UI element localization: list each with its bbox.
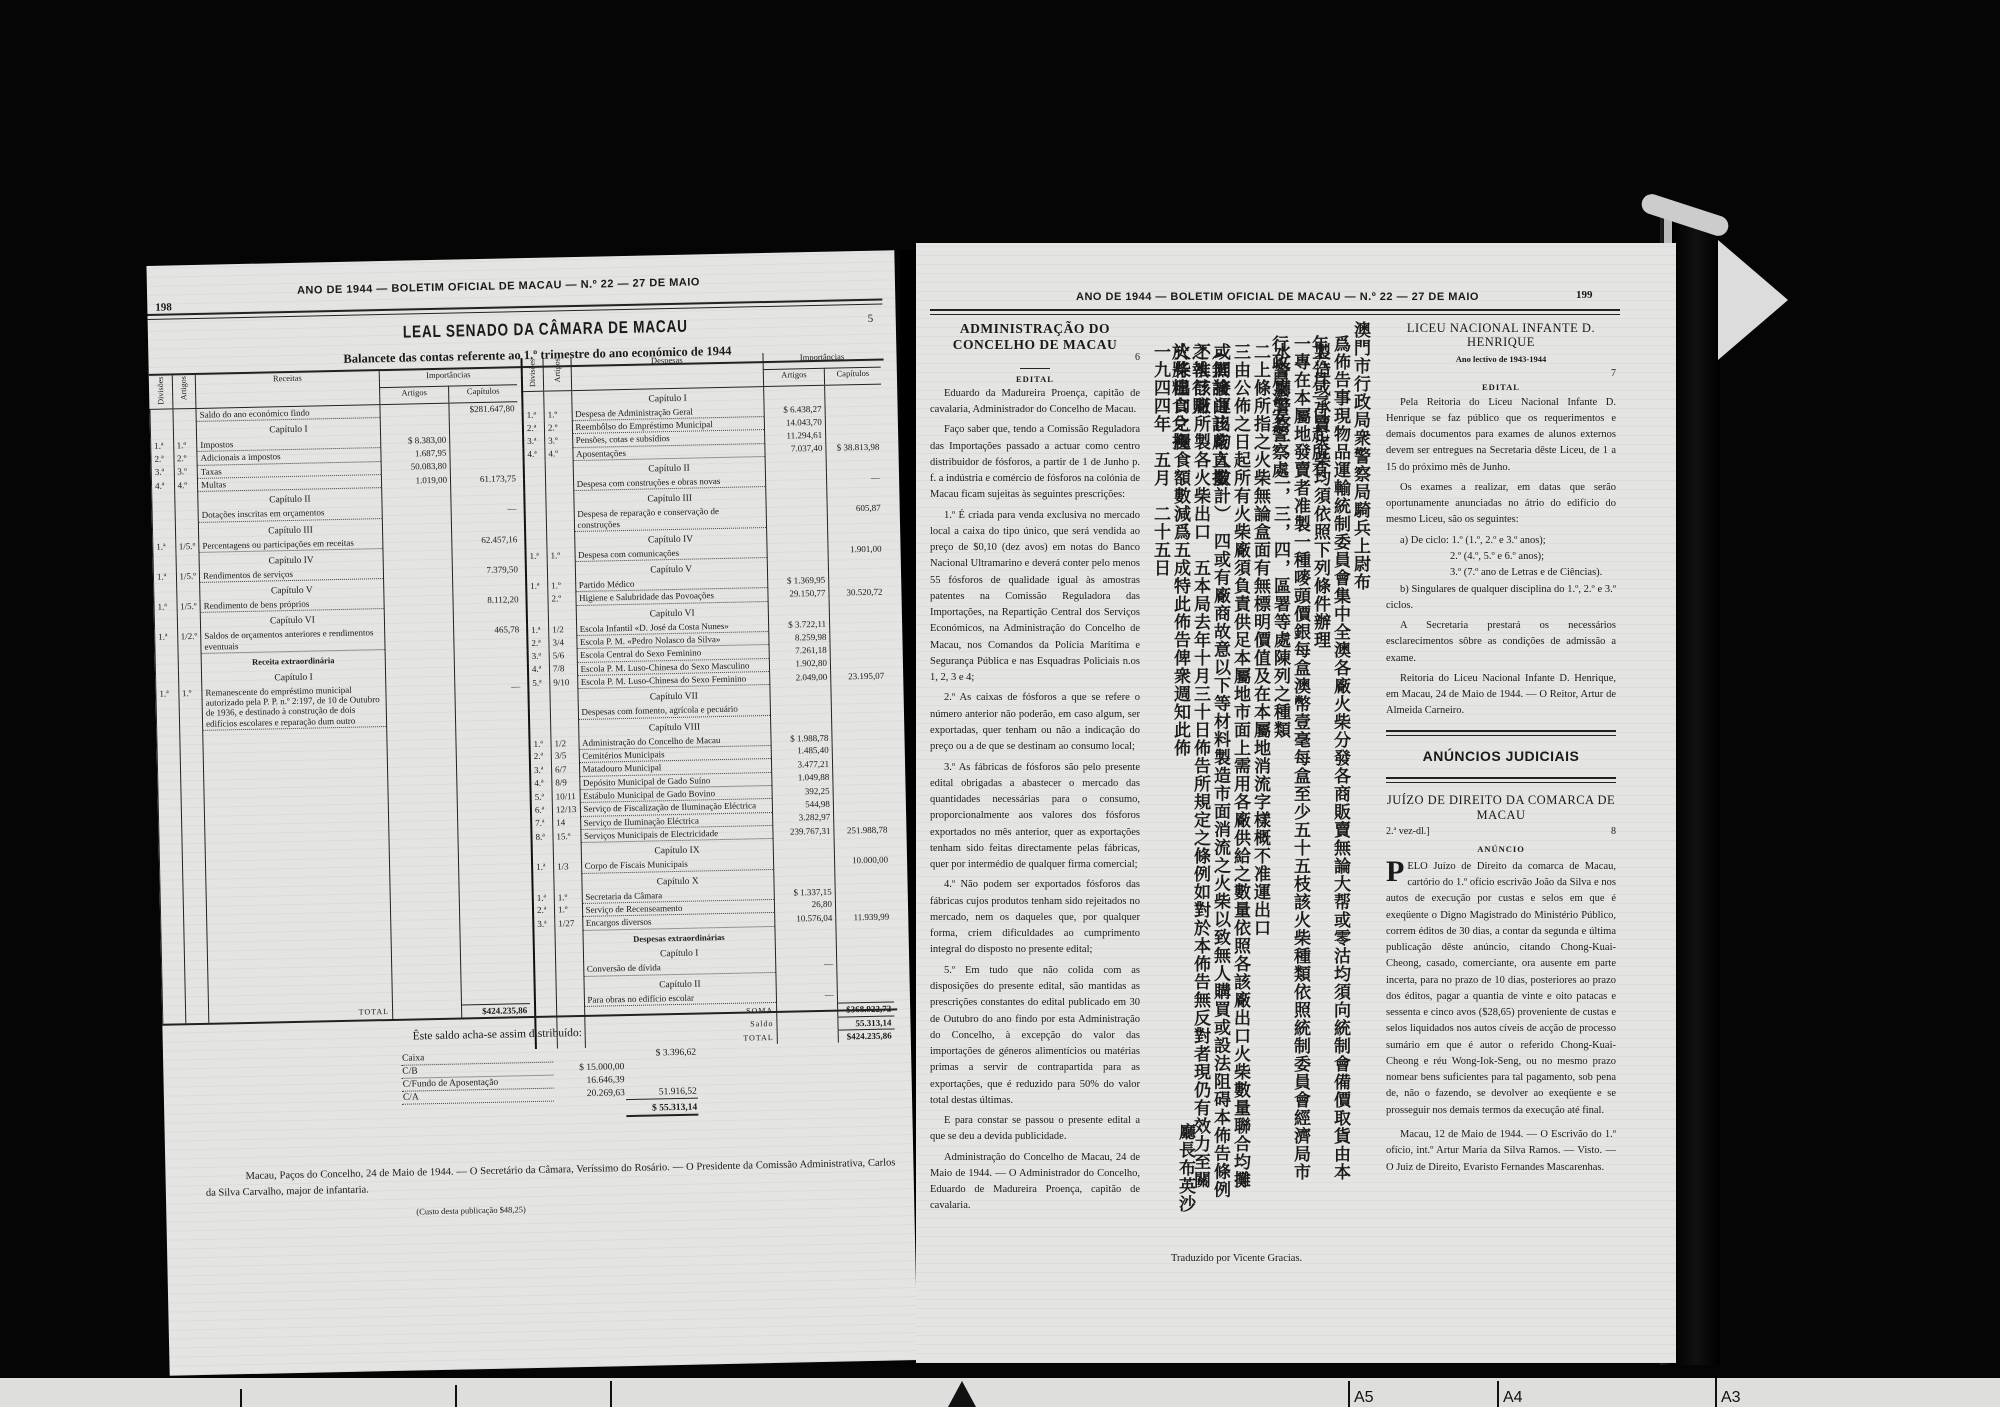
film-strip: A5 A4 A3 [0, 1378, 2000, 1407]
cell-div: 4.ª [530, 777, 552, 791]
cell-div: 4.ª [528, 663, 550, 677]
cell-artigos [767, 544, 828, 558]
paragraph: Eduardo da Madureira Proença, capitão de… [930, 386, 1140, 419]
chinese-signature: 廳長布英沙 [1174, 1123, 1196, 1213]
cell-div [526, 593, 548, 607]
paragraph: 1.º É criada para venda exclusiva no mer… [930, 508, 1140, 687]
cell-capitulos: 605,87 [827, 502, 884, 526]
receitas-body: Saldo do ano económico findo$281.647,80C… [150, 401, 530, 1024]
left-page: 198 ANO DE 1944 — BOLETIM OFICIAL DE MAC… [146, 250, 917, 1375]
cell-div [528, 690, 550, 708]
col-imp-capitulos: Capítulos [449, 385, 518, 403]
chinese-column: 火柴出口之糧食額數減爲五成特此佈告俾衆週知此佈 [1169, 343, 1191, 1203]
cell-artigos [765, 473, 826, 487]
total-label: TOTAL [585, 1032, 778, 1049]
cell-artigos [770, 701, 831, 715]
chinese-column: 製造或承賣火柴均須依照下列條件辦理 [1309, 343, 1331, 1203]
cell-capitulos [831, 682, 888, 701]
anuncio-signature: Macau, 12 de Maio de 1944. — O Escrivão … [1386, 1127, 1616, 1176]
cell-artigos [771, 714, 832, 733]
cell-div: 3.ª [151, 466, 174, 480]
cell-capitulos: — [826, 472, 883, 486]
section-rule-thin [1386, 735, 1616, 736]
cell-artigos [776, 971, 837, 990]
cell-art [178, 653, 202, 670]
cell-art [556, 976, 584, 994]
cell-capitulos [449, 415, 518, 434]
cell-art: 4.º [545, 447, 573, 461]
cell-div: 5.ª [528, 676, 550, 690]
anuncio-body: ELO Juízo de Direito da comarca de Macau… [1386, 861, 1616, 1116]
liceu-list-a: a) De ciclo: 1.º (1.º, 2.º e 3.º anos);2… [1386, 533, 1616, 582]
cell-artigos [767, 526, 828, 545]
cell-div: 2.ª [530, 750, 552, 764]
cell-div [527, 606, 549, 624]
cell-art: 15.º [553, 830, 581, 844]
cell-div [155, 670, 178, 687]
frame-tick [1715, 1378, 1717, 1407]
cell-art: 1/27 [555, 917, 583, 931]
cell-artigos: — [776, 958, 837, 972]
paragraph: 2.º As caixas de fósforos a que se refer… [930, 690, 1140, 755]
cell-artigos [766, 486, 827, 505]
cell-capitulos [834, 810, 891, 825]
list-item: 3.º (7.º ano de Letras e de Ciências). [1400, 565, 1616, 581]
cell-art [185, 1010, 209, 1023]
cell-div [525, 509, 547, 533]
col-imp-artigos: Artigos [380, 386, 449, 404]
cell-artigos: — [776, 988, 837, 1002]
cell-art: 1.º [554, 891, 582, 904]
cell-div: 3.ª [530, 763, 552, 777]
publication-cost: (Custo desta publicação $48,25) [416, 1203, 526, 1218]
cell-capitulos [825, 414, 882, 429]
cell-artigos [764, 385, 825, 404]
col-artigos: Artigos [543, 357, 571, 391]
cell-div [152, 510, 175, 523]
cell-capitulos [829, 616, 886, 630]
receitas-table: Divisões Artigos Receitas Importâncias A… [149, 368, 530, 1024]
cell-artigos: 544,98 [772, 798, 833, 813]
cell-div [529, 707, 551, 720]
cell-capitulos [835, 867, 892, 886]
cell-art [553, 843, 581, 861]
cell-artigos: 3.477,21 [771, 758, 832, 773]
cell-artigos: 1.902,80 [769, 657, 830, 672]
liceu-number: 7 [1386, 366, 1616, 382]
cell-artigos [384, 577, 453, 596]
cell-art: 1/5.º [176, 570, 200, 583]
cell-capitulos [830, 629, 887, 644]
liceu-edital-label: EDITAL [1386, 381, 1616, 394]
cell-div [150, 409, 173, 423]
header-rule [147, 299, 882, 316]
cell-artigos: 10.576,04 [775, 911, 836, 926]
paragraph: Pela Reitoria do Liceu Nacional Infante … [1386, 395, 1616, 476]
cell-div: 3.ª [523, 435, 545, 449]
anuncio-number: 8 [1611, 824, 1616, 840]
cell-artigos: $ 1.369,95 [768, 574, 829, 588]
cell-div [524, 479, 546, 492]
cell-artigos: 26,80 [774, 898, 835, 913]
cell-art: 1.º [548, 579, 576, 592]
table-row: 1.ª1.ºRemanescente do empréstimo municip… [156, 680, 524, 732]
cell-div: 1.ª [529, 737, 551, 750]
cell-art [555, 930, 583, 947]
cell-art: 1.º [544, 408, 572, 421]
margin-number: 5 [868, 313, 874, 325]
cell-artigos: 1.049,88 [772, 771, 833, 786]
cell-capitulos [451, 515, 520, 534]
cell-div [163, 1011, 186, 1024]
cell-art [556, 994, 584, 1007]
cell-artigos [385, 625, 454, 650]
cell-div [532, 843, 554, 861]
frame-tick [1348, 1381, 1350, 1407]
cell-artigos: 3.282,97 [773, 811, 834, 826]
cell-art: 1.º [178, 687, 202, 731]
cell-capitulos [828, 525, 885, 544]
cell-capitulos [832, 743, 889, 758]
cell-capitulos: $ 38.813,98 [826, 441, 883, 456]
filler-row [157, 724, 530, 1011]
cell-capitulos [836, 940, 893, 958]
paragraph: 4.º Não podem ser exportados fósforos da… [930, 877, 1140, 958]
header-rule [930, 309, 1620, 311]
cell-artigos: 239.767,31 [773, 824, 834, 839]
cell-art [178, 670, 202, 687]
liceu-subtitle: Ano lectivo de 1943-1944 [1386, 353, 1616, 366]
cell-capitulos [831, 700, 888, 714]
cell-art: 3/5 [551, 749, 579, 763]
cell-capitulos [835, 884, 892, 898]
cell-art [550, 706, 578, 719]
cell-div: 4.ª [523, 448, 545, 462]
cell-art: 1/2 [551, 737, 579, 750]
cell-div [522, 391, 544, 409]
cell-art: 10/11 [552, 790, 580, 804]
cell-div: 1.ª [526, 580, 548, 593]
cell-artigos [380, 416, 449, 435]
cell-art [177, 613, 201, 631]
cell-div [152, 492, 175, 510]
right-page: ANO DE 1944 — BOLETIM OFICIAL DE MACAU —… [916, 243, 1676, 1363]
cell-art: 1.º [547, 549, 575, 562]
cell-capitulos [451, 485, 520, 504]
cell-artigos [774, 868, 835, 887]
cell-div: 1.ª [532, 861, 554, 874]
cell-artigos [777, 1017, 838, 1032]
cell-capitulos [454, 663, 523, 681]
col-despesas: Despesas [570, 353, 763, 390]
cell-art [547, 531, 575, 549]
cell-div: 1.ª [155, 631, 178, 655]
translator-credit: Traduzido por Vicente Gracias. [1171, 1251, 1302, 1267]
cell-div: 8.ª [531, 830, 553, 844]
cell-div [152, 523, 175, 541]
cell-capitulos [837, 970, 894, 989]
cell-artigos: 29.150,77 [768, 587, 829, 602]
chinese-column: 一九四四年 五月 二十五日 [1149, 343, 1171, 1203]
cell-capitulos: 1.901,00 [828, 542, 885, 556]
cell-art [555, 946, 583, 963]
cell-capitulos: 10.000,00 [834, 854, 891, 868]
cell-artigos [385, 664, 454, 682]
total-value: $424.235,86 [838, 1029, 895, 1043]
section-rule [1386, 730, 1616, 732]
cell-art: 1/2.º [177, 630, 201, 654]
despesas-body: Capítulo I1.ª1.ºDespesa de Administração… [522, 384, 895, 1050]
edital-number: 6 [930, 350, 1140, 366]
cell-div [532, 874, 554, 892]
paragraph: 5.º Em tudo que não colida com as dispos… [930, 963, 1140, 1109]
cell-artigos: 7.037,40 [765, 442, 826, 457]
paragraph: Os exames a realizar, em datas que serão… [1386, 480, 1616, 529]
frame-tick [1497, 1381, 1499, 1407]
cell-art [546, 478, 574, 491]
cell-capitulos [834, 836, 891, 855]
cell-div: 2.ª [151, 452, 174, 466]
header-rule-thin [930, 314, 1620, 315]
liceu-list-b: b) Singulares de qualquer disciplina do … [1386, 582, 1616, 615]
cell-capitulos [829, 599, 886, 618]
chinese-column: 水警廳警察一，二，三，四，區署等處陳列之種類 [1269, 343, 1291, 1203]
cell-artigos [767, 556, 828, 575]
line-item-label: Remanescente do empréstimo municipal aut… [202, 683, 387, 731]
cell-art [544, 390, 572, 408]
col-imp-capitulos: Capítulos [824, 367, 881, 385]
cell-capitulos [833, 770, 890, 785]
cell-div: 3.ª [533, 917, 555, 931]
cell-art [554, 873, 582, 891]
frame-tick [240, 1389, 242, 1407]
cell-art [550, 689, 578, 707]
divider [1020, 368, 1050, 369]
center-marker-icon [948, 1381, 976, 1407]
cell-art [545, 461, 573, 479]
cell-artigos: $ 1.988,78 [771, 731, 832, 745]
cell-art [548, 605, 576, 623]
distribution-table: Caixa$ 3.396,62C/B$ 15.000,00C/Fundo de … [401, 1047, 698, 1122]
cell-art: 5/6 [549, 649, 577, 663]
cell-div [534, 964, 556, 977]
admin-title: ADMINISTRAÇÃO DO CONCELHO DE MACAU [930, 321, 1140, 352]
cell-capitulos [825, 401, 882, 415]
cell-art: 3.º [174, 465, 198, 479]
cell-capitulos [826, 454, 883, 473]
cell-capitulos: 251.988,78 [834, 823, 891, 838]
paragraph: Faço saber que, tendo a Comissão Regulad… [930, 422, 1140, 503]
cell-artigos [766, 503, 827, 527]
cell-art: 1/2 [549, 623, 577, 636]
anuncio-label: ANÚNCIO [1386, 843, 1616, 856]
list-item: 2.º (4.º, 5.º e 6.º anos); [1400, 549, 1616, 565]
chinese-column: 澳門市行政局衆警察局騎兵上尉布 [1349, 321, 1371, 1181]
cell-div: 1.ª [151, 439, 174, 452]
cell-artigos: 7.261,18 [769, 644, 830, 659]
filler-cell [456, 724, 530, 1005]
page-number: 198 [155, 301, 172, 313]
cell-artigos [383, 547, 452, 566]
cell-div: 4.ª [151, 479, 174, 493]
liceu-title: LICEU NACIONAL INFANTE D. HENRIQUE [1386, 321, 1616, 350]
cell-capitulos [827, 484, 884, 503]
section-rule [1386, 777, 1616, 779]
cell-art: 4.º [174, 478, 198, 492]
section-rule-thin [1386, 782, 1616, 783]
filler-cell [203, 727, 393, 1011]
paragraph: 3.º As fábricas de fósforos são pelo pre… [930, 760, 1140, 874]
cell-art: 1.º [554, 903, 582, 917]
paragraph: Administração do Concelho de Macau, 24 d… [930, 1150, 1140, 1215]
cell-artigos [765, 455, 826, 474]
anuncios-title: ANÚNCIOS JUDICIAIS [1386, 746, 1616, 768]
cell-artigos: 392,25 [772, 784, 833, 799]
cell-art: 12/13 [552, 803, 580, 817]
anuncio-reference: 2.ª vez-dl.] [1386, 824, 1430, 840]
cell-div [534, 947, 556, 964]
page-number: 199 [1576, 289, 1593, 301]
cell-artigos [773, 838, 834, 857]
cell-artigos [770, 684, 831, 703]
cell-div: 1.ª [523, 408, 545, 421]
chinese-column: 二上條所指之火柴無論盒面有無標明價值及在本屬地消流字樣概不准運出口 [1249, 343, 1271, 1203]
col-artigos: Artigos [172, 375, 196, 409]
anuncio-meta: 2.ª vez-dl.] 8 [1386, 824, 1616, 840]
cell-artigos [773, 855, 834, 869]
frame-label: A5 [1354, 1389, 1374, 1407]
cell-div: 3.ª [528, 650, 550, 664]
cell-capitulos: 30.520,72 [829, 586, 886, 601]
cell-artigos [775, 941, 836, 959]
cell-artigos [384, 608, 453, 627]
cell-div [154, 583, 177, 601]
cell-art: 2.º [173, 452, 197, 466]
cell-art [175, 552, 199, 570]
cell-div: 2.ª [533, 904, 555, 918]
cell-art: 8/9 [552, 776, 580, 790]
cell-art: 1.º [173, 439, 197, 452]
dropcap: P [1386, 859, 1404, 885]
cell-capitulos: — [455, 680, 524, 725]
col-receitas: Receitas [195, 371, 380, 408]
cell-art: 3/4 [549, 636, 577, 650]
cell-artigos [382, 517, 451, 536]
cell-art: 6/7 [551, 763, 579, 777]
cell-div [535, 994, 557, 1007]
cell-capitulos [833, 783, 890, 798]
frame-label: A4 [1503, 1389, 1523, 1407]
col-divisoes: Divisões [149, 375, 172, 409]
cell-capitulos [830, 656, 887, 671]
cell-div [524, 461, 546, 479]
cell-capitulos [830, 642, 887, 657]
cell-artigos: $ 3.722,11 [768, 617, 829, 631]
page-clip-marker [1718, 240, 1788, 360]
cell-capitulos [452, 546, 521, 565]
frame-label: A3 [1721, 1389, 1741, 1407]
list-item: a) De ciclo: 1.º (1.º, 2.º e 3.º anos); [1400, 533, 1616, 549]
cell-art: 2.º [544, 421, 572, 435]
cell-capitulos: 11.939,99 [836, 910, 893, 925]
filler-cell [387, 725, 462, 1006]
cell-capitulos [825, 384, 882, 403]
running-head: ANO DE 1944 — BOLETIM OFICIAL DE MACAU —… [297, 276, 700, 296]
cell-art [551, 719, 579, 737]
cell-art: 7/8 [549, 662, 577, 676]
total-value: 55.313,14 [838, 1016, 895, 1031]
cell-capitulos [453, 606, 522, 625]
cell-div [525, 532, 547, 550]
cell-artigos: 1.485,40 [771, 744, 832, 759]
running-head: ANO DE 1944 — BOLETIM OFICIAL DE MACAU —… [1076, 291, 1479, 303]
cell-art: 3.º [545, 434, 573, 448]
cell-div: 1.ª [154, 601, 177, 614]
cell-div: 5.ª [531, 790, 553, 804]
signature-block: Macau, Paços do Concelho, 24 de Maio de … [205, 1155, 896, 1202]
cell-div: 1.ª [156, 687, 179, 731]
cell-art [172, 408, 196, 422]
distribution-total: $ 55.313,14 [626, 1098, 698, 1116]
cell-div: 1.ª [533, 891, 555, 904]
cell-art [174, 492, 198, 510]
cell-capitulos [832, 730, 889, 744]
cell-capitulos [828, 555, 885, 574]
chinese-notice: 澳門市行政局衆警察局騎兵上尉布爲佈告事現物品運輸統制委員會集中全澳各廠火柴分發各… [1151, 321, 1371, 1201]
col-imp-artigos: Artigos [763, 368, 824, 386]
cell-art: 1/3 [554, 860, 582, 873]
cell-capitulos [835, 897, 892, 912]
cell-div: 2.ª [523, 421, 545, 435]
cell-artigos: 2.049,00 [770, 670, 831, 685]
cell-artigos [386, 681, 456, 726]
cell-capitulos [837, 987, 894, 1001]
admin-edital-column: ADMINISTRAÇÃO DO CONCELHO DE MACAU 6 EDI… [930, 321, 1140, 1219]
cell-capitulos [832, 756, 889, 771]
cell-capitulos [829, 573, 886, 587]
cell-art [556, 963, 584, 976]
cell-div [155, 654, 178, 671]
cell-artigos [775, 925, 836, 943]
cell-art [546, 491, 574, 509]
cell-artigos: 14.043,70 [764, 415, 825, 430]
cell-art: 1/5.º [176, 600, 200, 613]
cell-capitulos [453, 576, 522, 595]
cell-div: 1.ª [153, 570, 176, 583]
cell-div [153, 553, 176, 571]
cell-capitulos [826, 427, 883, 442]
cell-art: 14 [553, 816, 581, 830]
cell-capitulos [837, 957, 894, 971]
admin-paragraphs: Eduardo da Madureira Proença, capitão de… [930, 386, 1140, 1215]
cell-div: 7.ª [531, 817, 553, 831]
cell-art [547, 562, 575, 580]
cell-div [533, 931, 555, 948]
page-title: LEAL SENADO DA CÂMARA DE MACAU [403, 317, 688, 343]
cell-div: 6.ª [531, 803, 553, 817]
liceu-closing: A Secretaria prestará os necessários esc… [1386, 618, 1616, 667]
cell-artigos: 8.259,98 [769, 630, 830, 645]
cell-artigos: $ 1.337,15 [774, 885, 835, 899]
cell-div: 1.ª [527, 623, 549, 636]
cell-div [154, 613, 177, 631]
cell-artigos [382, 487, 451, 506]
cell-div [534, 977, 556, 995]
liceu-column: LICEU NACIONAL INFANTE D. HENRIQUE Ano l… [1386, 321, 1616, 1180]
cell-art [175, 509, 199, 522]
cell-div [529, 720, 551, 738]
cell-div [526, 562, 548, 580]
